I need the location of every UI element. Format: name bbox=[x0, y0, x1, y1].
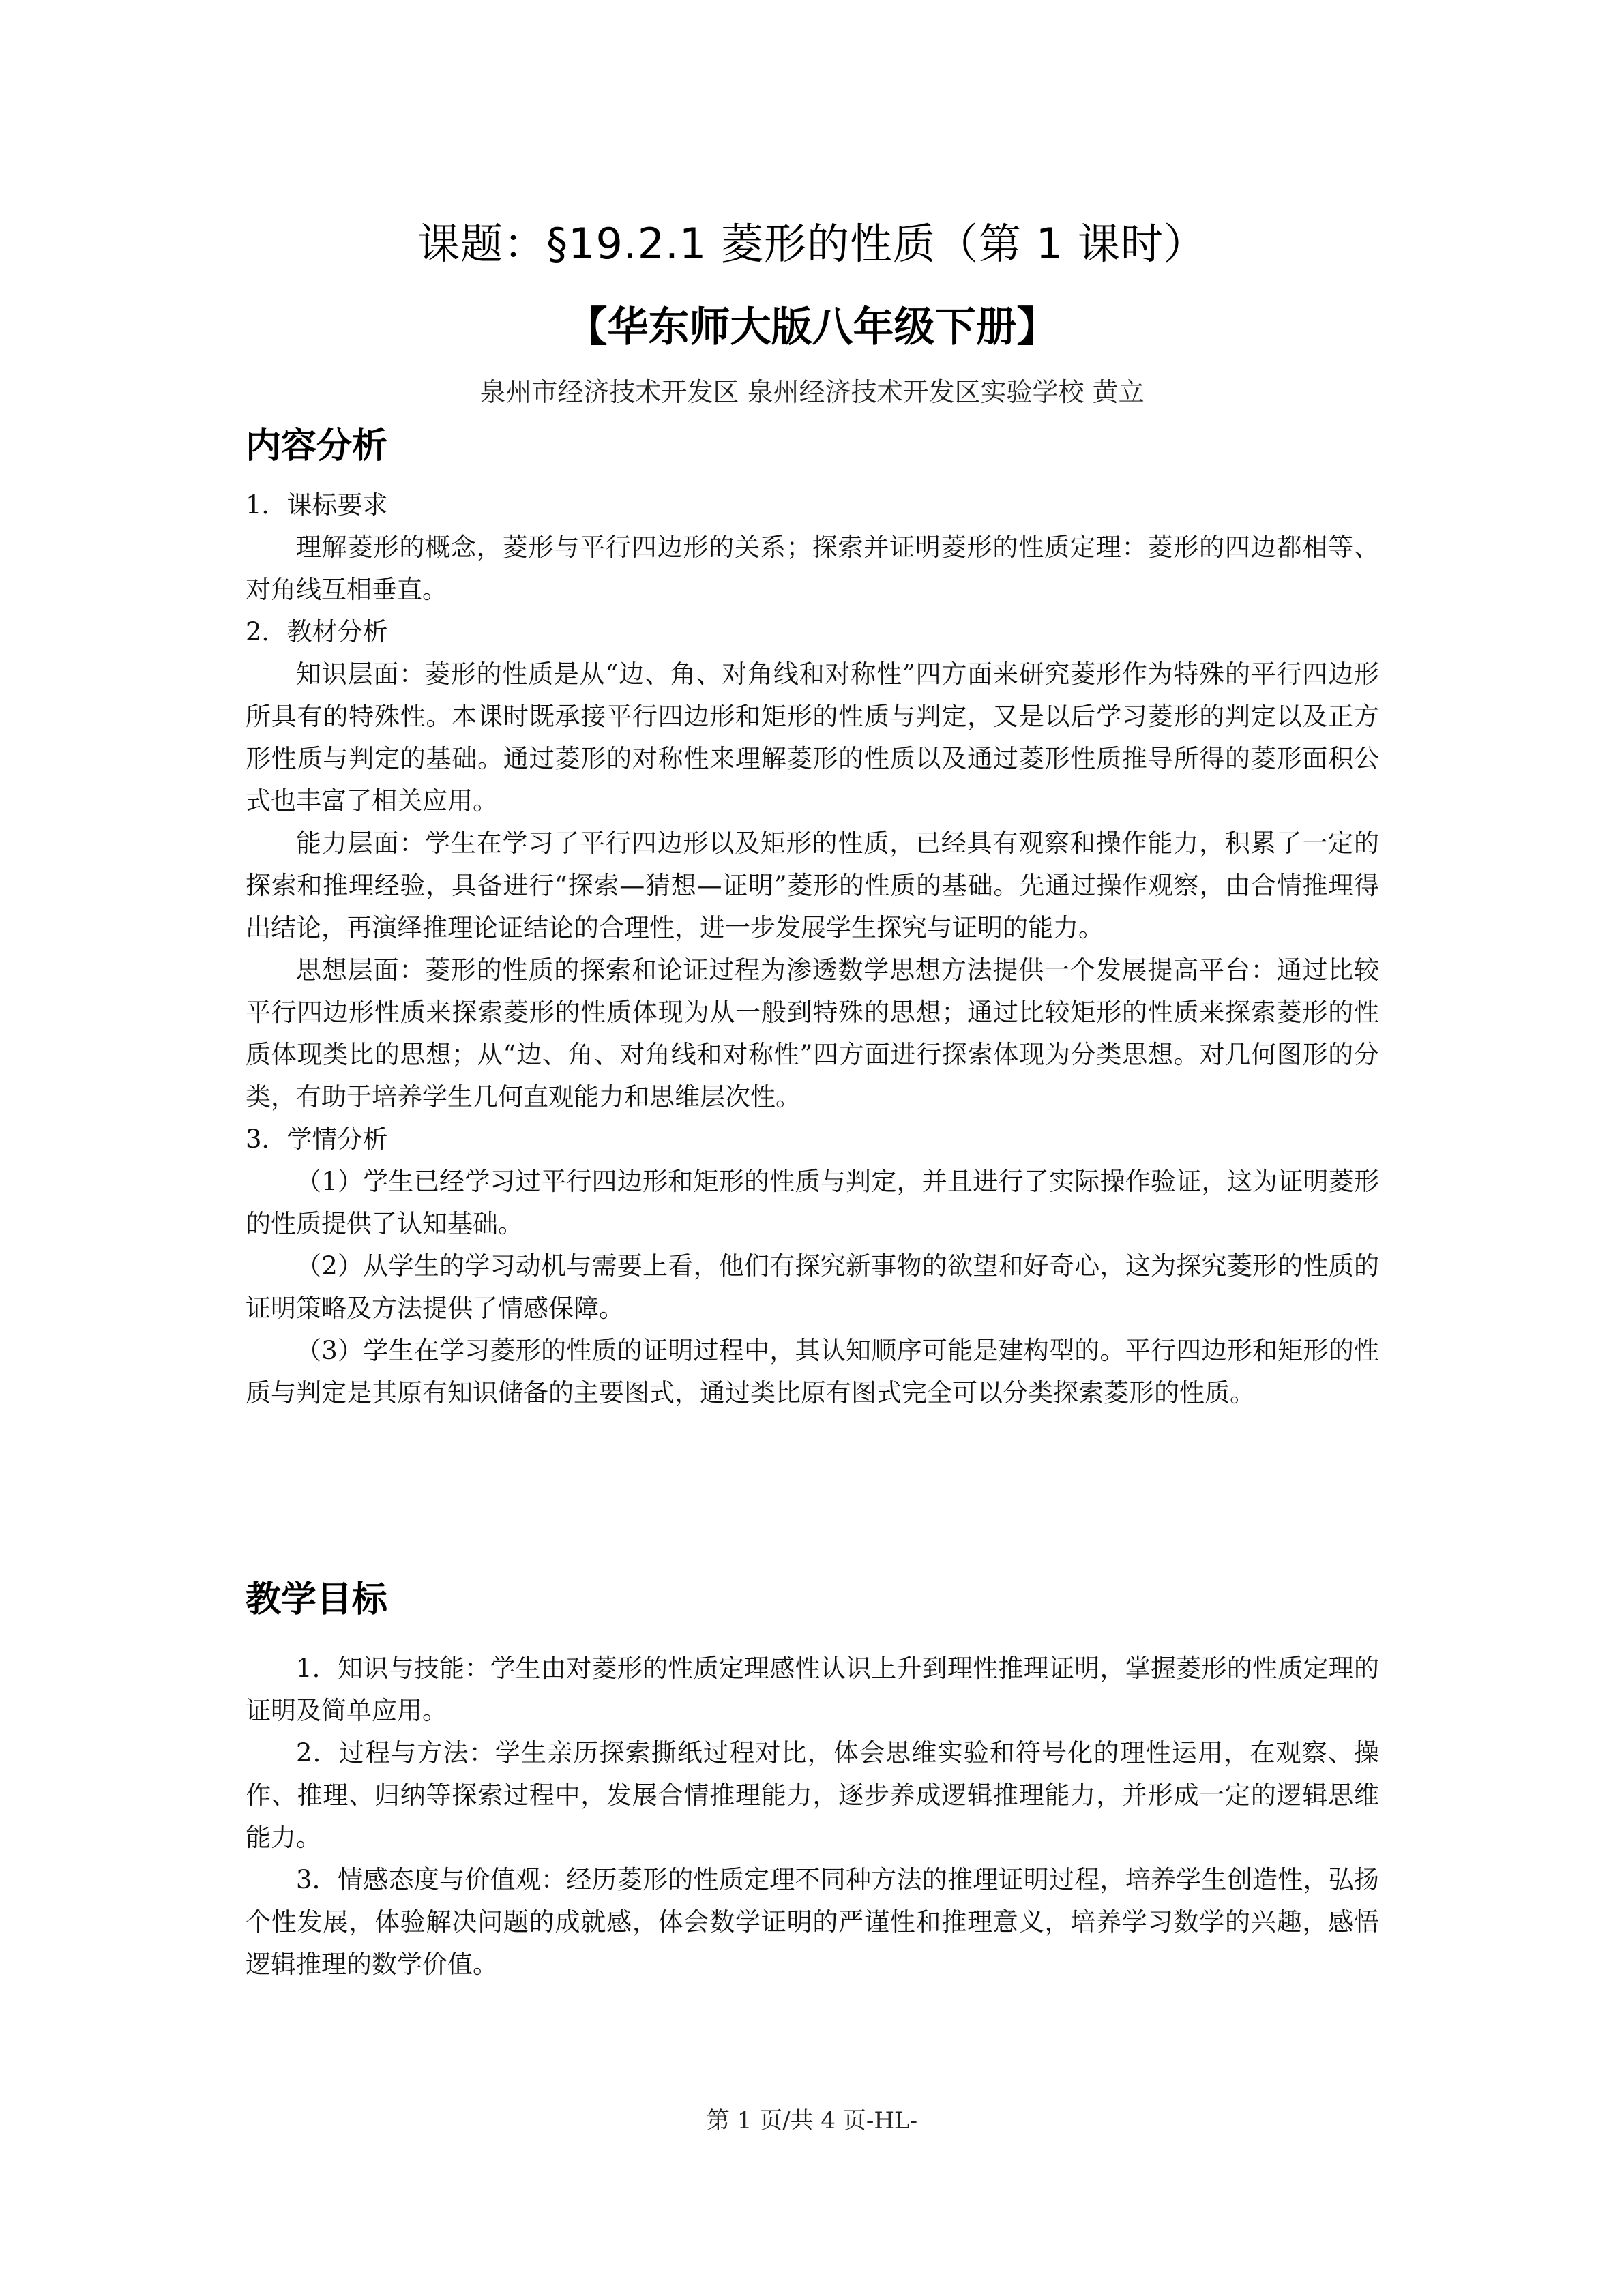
textbook-edition: 【华东师大版八年级下册】 bbox=[0, 295, 1624, 353]
lesson-title: 课题：§19.2.1 菱形的性质（第 1 课时） bbox=[0, 210, 1624, 271]
paragraph: 知识层面：菱形的性质是从“边、角、对角线和对称性”四方面来研究菱形作为特殊的平行… bbox=[246, 653, 1379, 822]
subsection-student-analysis: 3．学情分析 bbox=[246, 1118, 1379, 1161]
content-analysis-section: 内容分析 1．课标要求 理解菱形的概念，菱形与平行四边形的关系；探索并证明菱形的… bbox=[246, 421, 1379, 1414]
subsection-textbook-analysis: 2．教材分析 bbox=[246, 611, 1379, 653]
paragraph: （1）学生已经学习过平行四边形和矩形的性质与判定，并且进行了实际操作验证，这为证… bbox=[246, 1161, 1379, 1245]
paragraph: 能力层面：学生在学习了平行四边形以及矩形的性质，已经具有观察和操作能力，积累了一… bbox=[246, 822, 1379, 949]
author-line: 泉州市经济技术开发区 泉州经济技术开发区实验学校 黄立 bbox=[0, 371, 1624, 408]
page-footer: 第 1 页/共 4 页-HL- bbox=[0, 2102, 1624, 2135]
objective-paragraph: 1．知识与技能：学生由对菱形的性质定理感性认识上升到理性推理证明，掌握菱形的性质… bbox=[246, 1648, 1379, 1732]
paragraph: （3）学生在学习菱形的性质的证明过程中，其认知顺序可能是建构型的。平行四边形和矩… bbox=[246, 1330, 1379, 1414]
subsection-curriculum-requirements: 1．课标要求 bbox=[246, 484, 1379, 526]
teaching-objectives-section: 教学目标 1．知识与技能：学生由对菱形的性质定理感性认识上升到理性推理证明，掌握… bbox=[246, 1575, 1379, 1986]
paragraph: 思想层面：菱形的性质的探索和论证过程为渗透数学思想方法提供一个发展提高平台：通过… bbox=[246, 949, 1379, 1118]
objective-paragraph: 3．情感态度与价值观：经历菱形的性质定理不同种方法的推理证明过程，培养学生创造性… bbox=[246, 1859, 1379, 1986]
document-page: 课题：§19.2.1 菱形的性质（第 1 课时） 【华东师大版八年级下册】 泉州… bbox=[0, 0, 1624, 2296]
paragraph: 理解菱形的概念，菱形与平行四边形的关系；探索并证明菱形的性质定理：菱形的四边都相… bbox=[246, 526, 1379, 611]
section-heading-content-analysis: 内容分析 bbox=[246, 421, 1379, 471]
paragraph: （2）从学生的学习动机与需要上看，他们有探究新事物的欲望和好奇心，这为探究菱形的… bbox=[246, 1245, 1379, 1330]
objective-paragraph: 2．过程与方法：学生亲历探索撕纸过程对比，体会思维实验和符号化的理性运用，在观察… bbox=[246, 1732, 1379, 1859]
section-heading-teaching-objectives: 教学目标 bbox=[246, 1575, 1379, 1624]
